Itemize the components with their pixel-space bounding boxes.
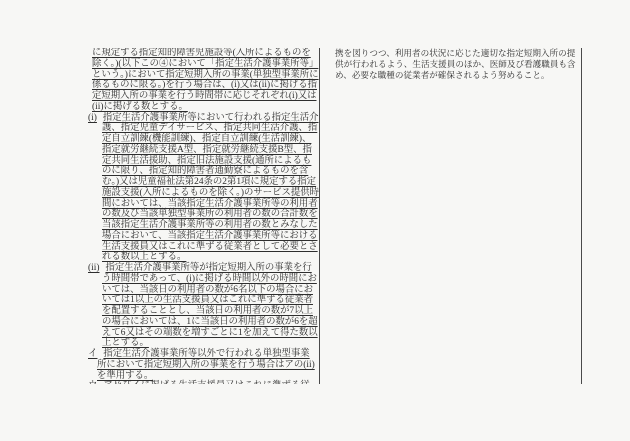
document-page: に規定する指定知的障害児施設等(入所によるものを除く。)(以下この④において「指… — [0, 0, 630, 441]
left-column-amended-text: に規定する指定知的障害児施設等(入所によるものを除く。)(以下この④において「指… — [88, 48, 319, 384]
list-item-ii-label: (ii) — [88, 263, 99, 273]
comparison-table-fragment: に規定する指定知的障害児施設等(入所によるものを除く。)(以下この④において「指… — [88, 48, 582, 384]
list-item-kana-i-label: イ — [88, 349, 97, 359]
list-item-kana-u-label: ウ — [88, 381, 97, 384]
list-item-kana-i-text: 指定生活介護事業所等以外で行われる単独型事業所において指定短期入所の事業を行う場… — [97, 349, 315, 381]
list-item-kana-u-text-underlined: ア及びイに掲げる生活支援員又はこれに準ずる従業者を配置した場合であっても、 — [97, 381, 310, 384]
paragraph-note: 携を図りつつ、利用者の状況に応じた適切な指定短期入所の提供が行われるよう、生活支… — [335, 48, 581, 80]
list-item-i: (i)指定生活介護事業所等において行われる指定生活介護、指定児童デイサービス、指… — [88, 113, 319, 264]
list-item-kana-u: ウア及びイに掲げる生活支援員又はこれに準ずる従業者を配置した場合であっても、障害… — [88, 381, 319, 384]
list-item-ii: (ii)指定生活介護事業所等が指定短期入所の事業を行う時間帯であって、(i)に掲… — [88, 263, 319, 349]
list-item-kana-i: イ指定生活介護事業所等以外で行われる単独型事業所において指定短期入所の事業を行う… — [88, 349, 319, 381]
paragraph-intro: に規定する指定知的障害児施設等(入所によるものを除く。)(以下この④において「指… — [88, 48, 319, 113]
list-item-i-label: (i) — [88, 113, 97, 123]
right-column-note: 携を図りつつ、利用者の状況に応じた適切な指定短期入所の提供が行われるよう、生活支… — [320, 48, 581, 384]
list-item-i-text: 指定生活介護事業所等において行われる指定生活介護、指定児童デイサービス、指定共同… — [102, 113, 319, 263]
column-divider-right — [581, 48, 582, 384]
list-item-ii-text: 指定生活介護事業所等が指定短期入所の事業を行う時間帯であって、(i)に掲げる時間… — [102, 263, 318, 348]
